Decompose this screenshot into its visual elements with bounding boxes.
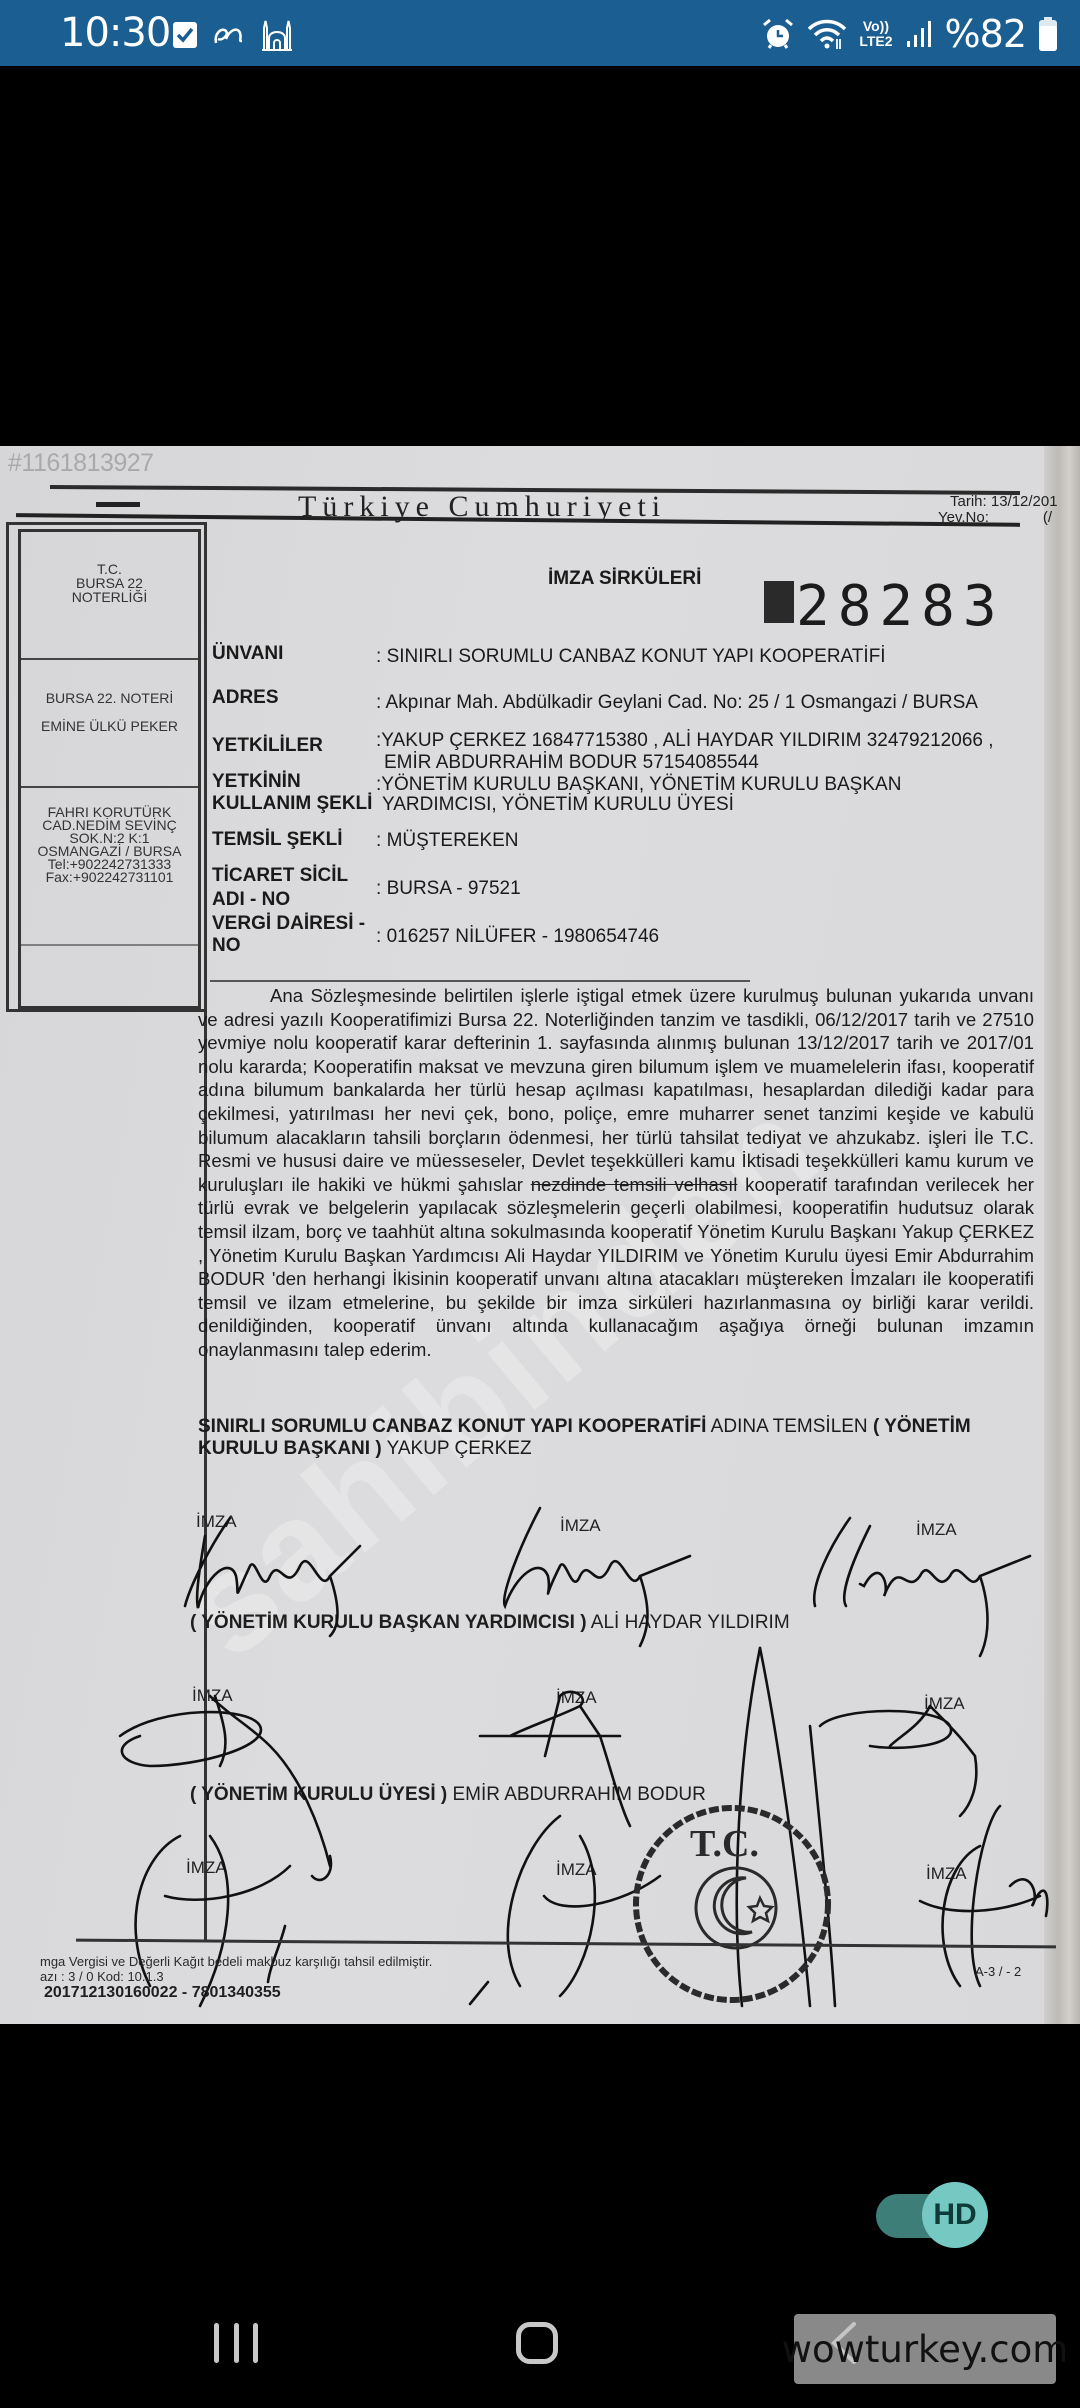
- notary-office: T.C. BURSA 22 NOTERLİĞİ: [21, 562, 198, 604]
- battery-icon: [1038, 16, 1058, 52]
- representative-line: SINIRLI SORUMLU CANBAZ KONUT YAPI KOOPER…: [198, 1416, 1038, 1460]
- status-time: 10:30: [60, 10, 170, 56]
- system-status-icons: Vo)) LTE2 %82: [761, 12, 1058, 56]
- footer-rule: [76, 1939, 1056, 1949]
- footer-stamp-tax-note: mga Vergisi ve Değerli Kağıt bedeli makb…: [40, 1954, 432, 1984]
- hd-toggle[interactable]: HD: [876, 2182, 990, 2246]
- footer-number: 201712130160022 - 7801340355: [44, 1984, 281, 2002]
- fields-separator: [210, 980, 750, 982]
- volte-lte2-icon: Vo)) LTE2: [859, 19, 892, 49]
- document-photo[interactable]: #1161813927 sahibinden Türkiye Cumhuriye…: [0, 446, 1080, 2024]
- imza-label: İMZA: [926, 1864, 967, 1884]
- imza-label: İMZA: [556, 1860, 597, 1880]
- battery-percent: %82: [945, 12, 1026, 56]
- header-dash: [96, 502, 140, 507]
- imza-label: İMZA: [196, 1512, 237, 1532]
- checkbox-notification-icon: [172, 21, 198, 49]
- imza-label: İMZA: [186, 1858, 227, 1878]
- status-bar: 10:30 Vo)) LTE2: [0, 0, 1080, 66]
- svg-text:T.C.: T.C.: [690, 1823, 759, 1865]
- wifi-icon: [807, 17, 847, 51]
- imza-label: İMZA: [560, 1516, 601, 1536]
- serial-number: 28283: [764, 574, 1005, 639]
- imza-label: İMZA: [556, 1688, 597, 1708]
- document-type: İMZA SİRKÜLERİ: [548, 568, 701, 590]
- alarm-icon: [761, 17, 795, 51]
- notification-icons: [172, 18, 294, 52]
- photo-viewer[interactable]: #1161813927 sahibinden Türkiye Cumhuriye…: [0, 66, 1080, 2292]
- hd-toggle-knob: HD: [922, 2182, 988, 2248]
- paper-edge: [1044, 446, 1080, 2024]
- page-reference: A-3 / - 2: [975, 1964, 1021, 1979]
- imza-label: İMZA: [924, 1694, 965, 1714]
- role-board-member: ( YÖNETİM KURULU ÜYESİ ) EMİR ABDURRAHİM…: [190, 1784, 706, 1806]
- decision-paragraph: Ana Sözleşmesinde belirtilen işlerle işt…: [198, 984, 1034, 1362]
- notary-name: BURSA 22. NOTERİ EMİNE ÜLKÜ PEKER: [21, 684, 198, 740]
- wowturkey-watermark-badge: wowturkey.com: [794, 2314, 1056, 2384]
- notary-info-box: T.C. BURSA 22 NOTERLİĞİ BURSA 22. NOTERİ…: [18, 529, 201, 1009]
- mosque-icon: [260, 18, 294, 52]
- recent-apps-button[interactable]: [214, 2323, 258, 2363]
- handwriting-app-icon: [212, 23, 246, 47]
- notary-seal: T.C.: [636, 1808, 828, 2000]
- home-button[interactable]: [516, 2322, 558, 2364]
- imza-label: İMZA: [192, 1686, 233, 1706]
- signal-icon: [905, 19, 933, 49]
- listing-id: #1161813927: [8, 449, 154, 478]
- role-vice-chair: ( YÖNETİM KURULU BAŞKAN YARDIMCISI ) ALİ…: [190, 1612, 790, 1634]
- header-date-block: Tarih: 13/12/201 Yev.No:(/: [938, 494, 1058, 526]
- notary-address: FAHRI KORUTÜRK CAD.NEDİM SEVİNÇ SOK.N:2 …: [21, 806, 198, 884]
- imza-label: İMZA: [916, 1520, 957, 1540]
